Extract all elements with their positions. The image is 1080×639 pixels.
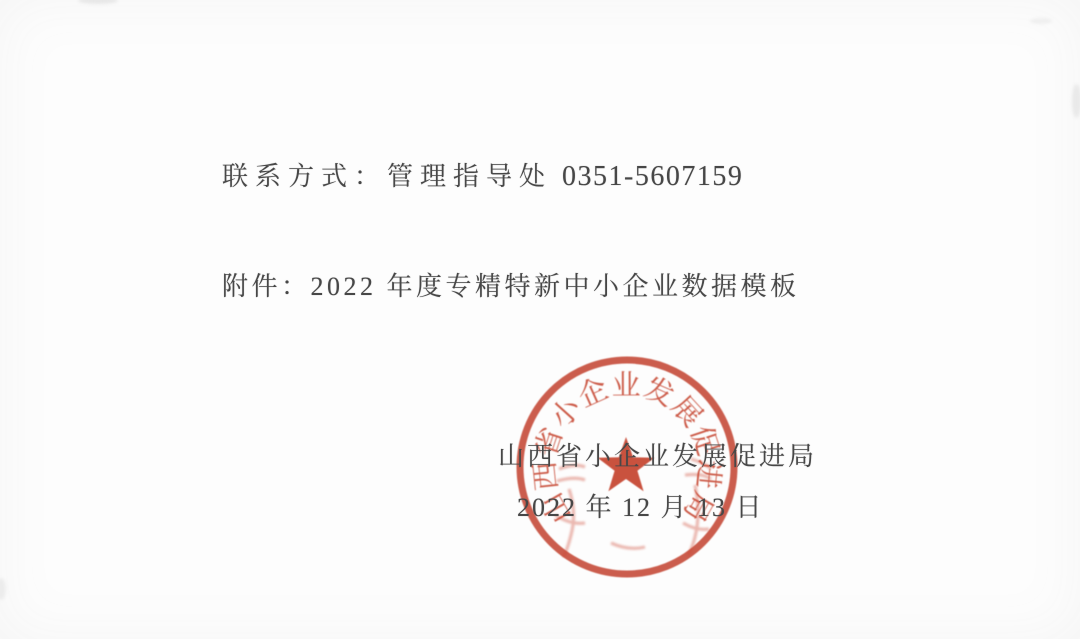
- scan-smudge: [1030, 18, 1052, 24]
- scan-smudge: [1072, 84, 1080, 118]
- date-line: 2022 年 12 月 13 日: [517, 487, 764, 524]
- scan-smudge: [78, 0, 118, 4]
- document-page: 山西省小企业发展促进局 联系方式：管理指导处0351-5607159 附件：20…: [0, 0, 1080, 639]
- issuer-line: 山西省小企业发展促进局: [498, 436, 817, 473]
- scan-smudge: [0, 578, 6, 600]
- contact-phone: 0351-5607159: [562, 161, 743, 192]
- contact-prefix: 联系方式：管理指导处: [222, 162, 552, 191]
- contact-line: 联系方式：管理指导处0351-5607159: [222, 156, 743, 193]
- attachment-line: 附件：2022 年度专精特新中小企业数据模板: [222, 266, 800, 303]
